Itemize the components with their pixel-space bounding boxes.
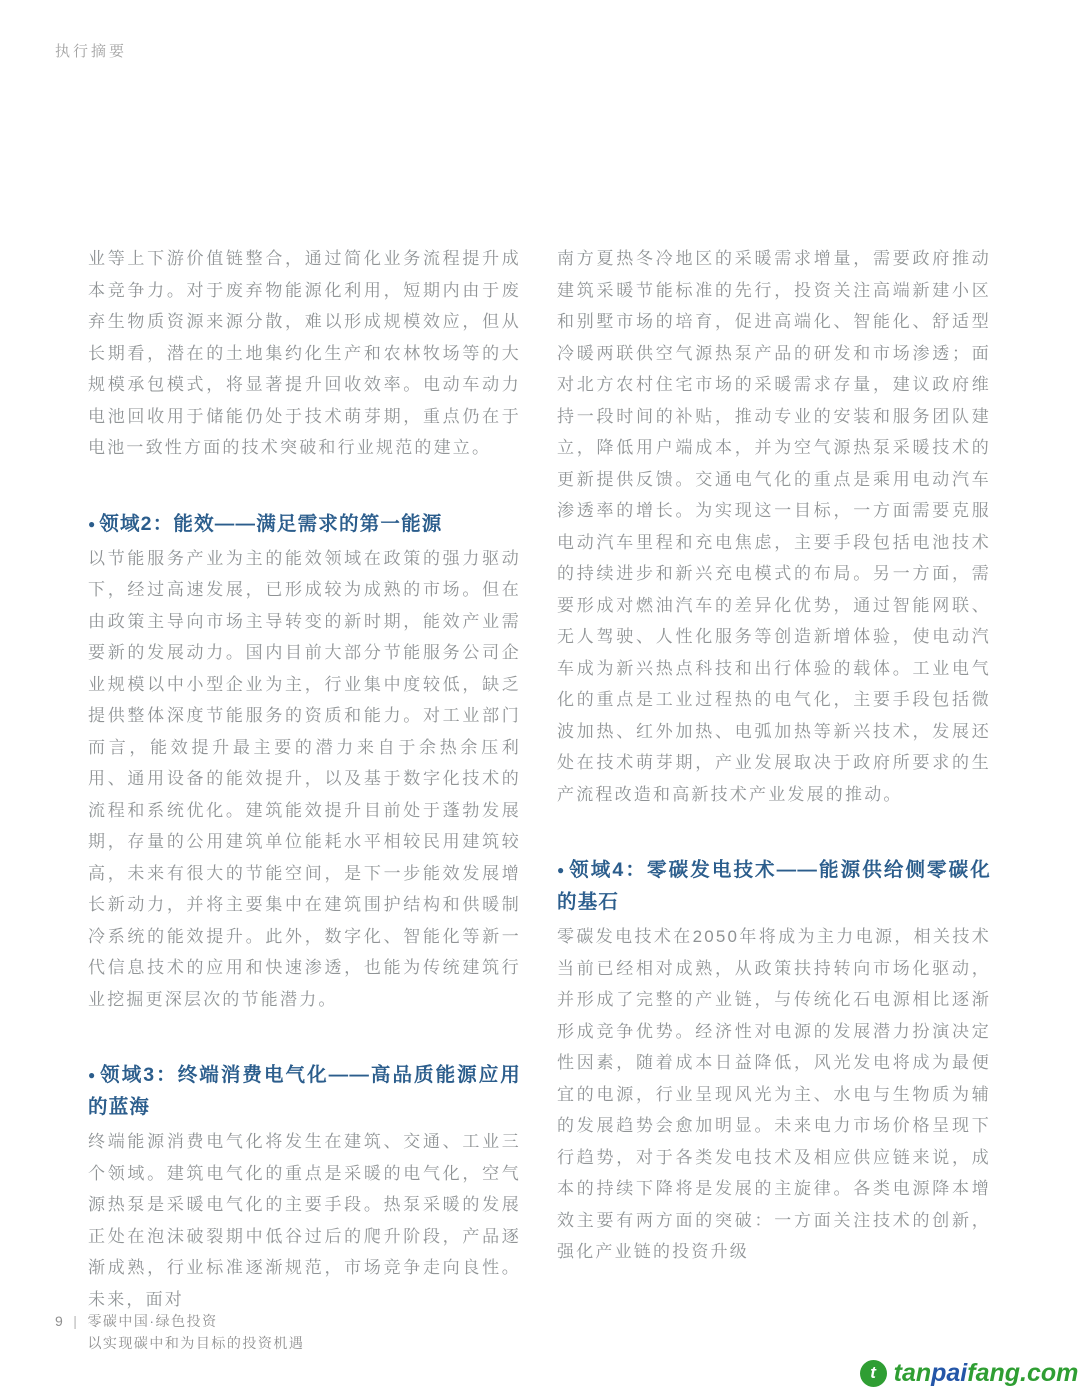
tanpaifang-logo-text: tanpaifang.com [894, 1359, 1079, 1388]
page-number: 9 [55, 1310, 64, 1332]
tanpaifang-logo-icon: t [860, 1360, 887, 1387]
tanpaifang-watermark[interactable]: t tanpaifang.com [858, 1350, 1080, 1397]
section-area4-zero-carbon-power: ●领域4：零碳发电技术——能源供给侧零碳化的基石 零碳发电技术在2050年将成为… [557, 854, 991, 1268]
bullet-icon: ● [88, 517, 95, 531]
section-body-area4: 零碳发电技术在2050年将成为主力电源，相关技术当前已经相对成熟，从政策扶持转向… [557, 921, 991, 1268]
section-area3-electrification: ●领域3：终端消费电气化——高品质能源应用的蓝海 终端能源消费电气化将发生在建筑… [88, 1059, 521, 1315]
right-column: 南方夏热冬冷地区的采暖需求增量，需要政府推动建筑采暖节能标准的先行，投资关注高端… [557, 243, 991, 1268]
footer-report-title: 零碳中国·绿色投资 [87, 1310, 304, 1332]
section-heading-text: 领域2：能效——满足需求的第一能源 [99, 513, 442, 535]
section-heading-area3: ●领域3：终端消费电气化——高品质能源应用的蓝海 [88, 1059, 521, 1123]
logo-text-tan: tan [894, 1359, 932, 1387]
logo-text-fang: fang.com [967, 1359, 1078, 1387]
report-page: 执行摘要 业等上下游价值链整合，通过简化业务流程提升成本竞争力。对于废弃物能源化… [0, 0, 1080, 1397]
section-body-area3: 终端能源消费电气化将发生在建筑、交通、工业三个领域。建筑电气化的重点是采暖的电气… [88, 1126, 521, 1315]
footer-report-subtitle: 以实现碳中和为目标的投资机遇 [87, 1332, 304, 1354]
bullet-icon: ● [557, 863, 565, 877]
intro-paragraph-left: 业等上下游价值链整合，通过简化业务流程提升成本竞争力。对于废弃物能源化利用，短期… [88, 243, 521, 464]
tanpaifang-logo-letter: t [870, 1364, 876, 1381]
footer-divider: | [73, 1310, 78, 1332]
page-footer: 9 | 零碳中国·绿色投资 以实现碳中和为目标的投资机遇 [55, 1310, 304, 1354]
section-area2-energy-efficiency: ●领域2：能效——满足需求的第一能源 以节能服务产业为主的能效领域在政策的强力驱… [88, 508, 521, 1016]
left-column: 业等上下游价值链整合，通过简化业务流程提升成本竞争力。对于废弃物能源化利用，短期… [88, 243, 521, 1315]
bullet-icon: ● [88, 1068, 96, 1082]
footer-report-title-block: 零碳中国·绿色投资 以实现碳中和为目标的投资机遇 [87, 1310, 304, 1354]
continuation-paragraph-right: 南方夏热冬冷地区的采暖需求增量，需要政府推动建筑采暖节能标准的先行，投资关注高端… [557, 243, 991, 810]
section-body-area2: 以节能服务产业为主的能效领域在政策的强力驱动下，经过高速发展，已形成较为成熟的市… [88, 543, 521, 1016]
section-heading-area4: ●领域4：零碳发电技术——能源供给侧零碳化的基石 [557, 854, 991, 918]
running-header-label: 执行摘要 [55, 40, 127, 61]
section-heading-area2: ●领域2：能效——满足需求的第一能源 [88, 508, 521, 540]
logo-text-pai: pai [931, 1359, 967, 1387]
section-heading-text: 领域3：终端消费电气化——高品质能源应用的蓝海 [88, 1064, 521, 1118]
section-heading-text: 领域4：零碳发电技术——能源供给侧零碳化的基石 [557, 859, 991, 913]
